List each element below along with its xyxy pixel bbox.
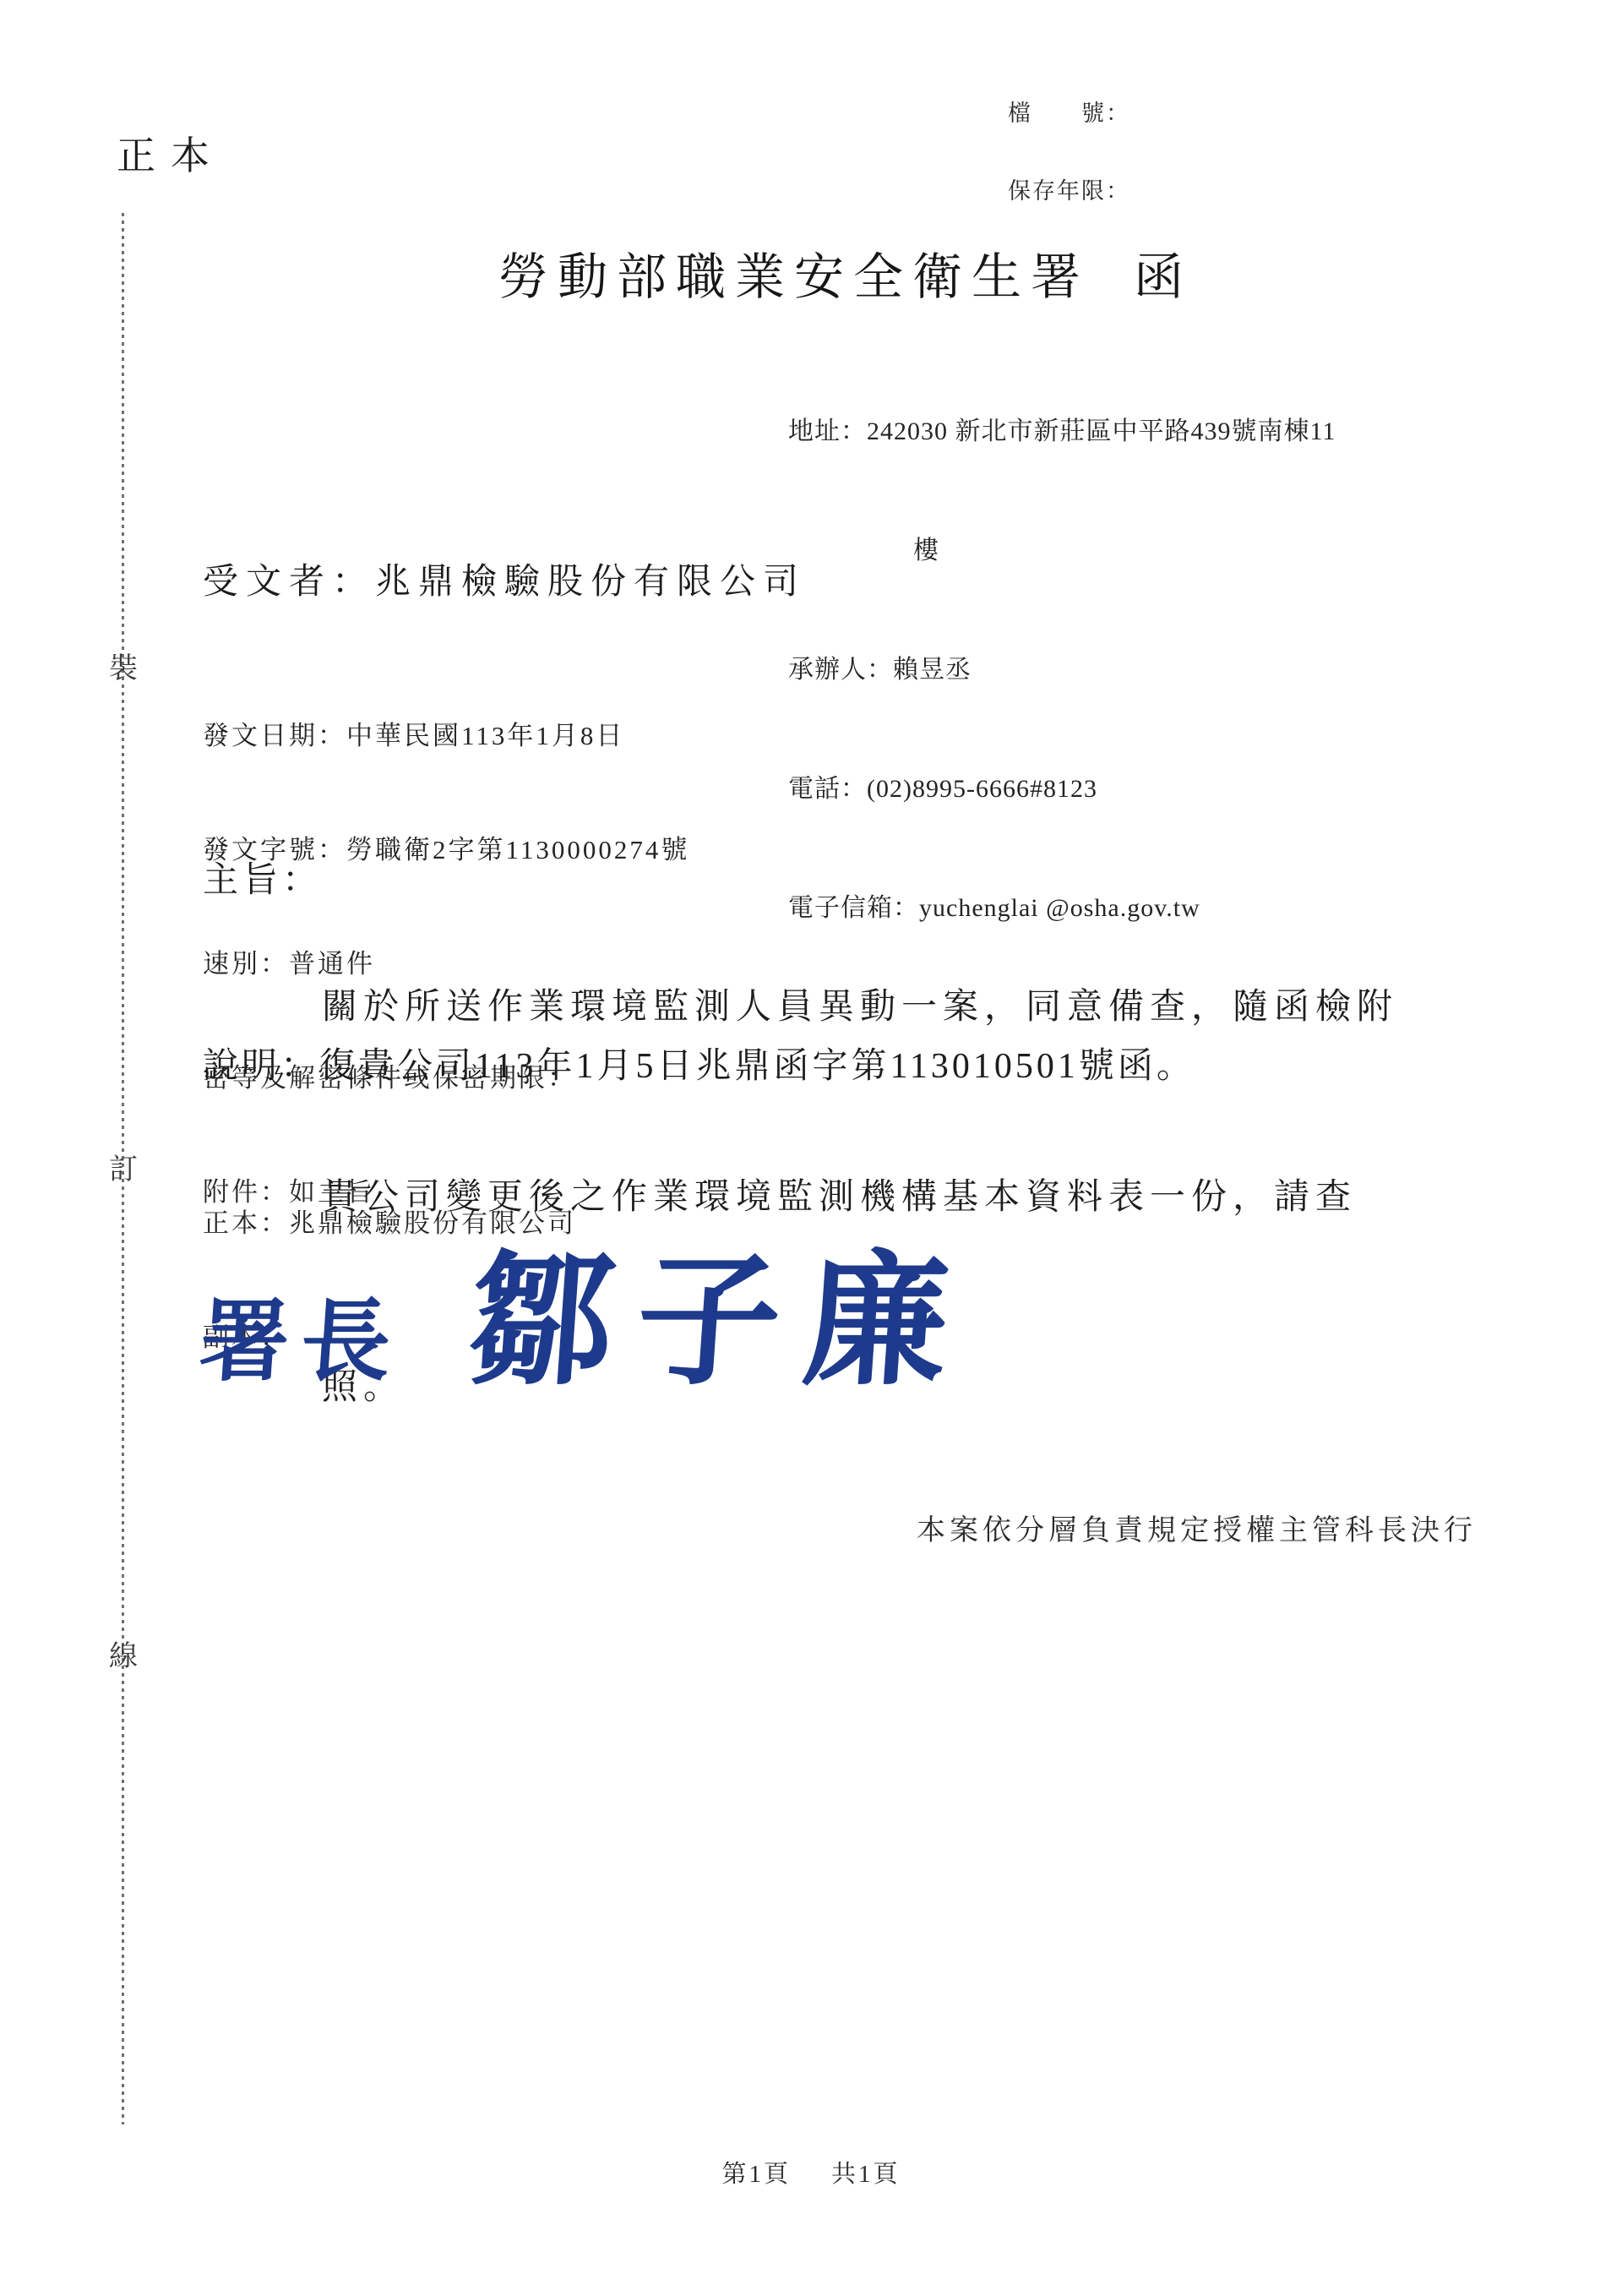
- binding-mark-zhuang: 裝: [105, 645, 142, 686]
- official-letter-page: 正本 檔 號： 保存年限： 勞動部職業安全衛生署 函 地址：242030 新北市…: [0, 0, 1622, 2296]
- signature: 署長 鄒子廉: [196, 1251, 977, 1394]
- binding-mark-xian: 線: [105, 1633, 142, 1674]
- page-footer: 第1頁 共1頁: [0, 2155, 1622, 2190]
- signer-title: 署長: [197, 1257, 409, 1388]
- sender-phone: 電話：(02)8995-6666#8123: [788, 769, 1336, 809]
- title-spacer: [1090, 237, 1134, 308]
- original-recipient-line: 正本：兆鼎檢驗股份有限公司: [203, 1204, 576, 1242]
- document-type-label: 函: [1134, 237, 1193, 308]
- explanation-line: 說明：復貴公司113年1月5日兆鼎函字第113010501號函。: [203, 1038, 1195, 1088]
- issue-date-line: 發文日期：中華民國113年1月8日: [203, 717, 689, 755]
- sender-address-line1: 地址：242030 新北市新莊區中平路439號南棟11: [788, 412, 1336, 451]
- document-title: 勞動部職業安全衛生署 函: [498, 237, 1193, 308]
- sender-contact-person: 承辦人：賴昱丞: [788, 650, 1336, 690]
- sender-address-line2: 樓: [788, 531, 1336, 570]
- signer-name: 鄒子廉: [465, 1251, 977, 1394]
- binding-mark-ding: 訂: [105, 1146, 142, 1187]
- subject-text-line1: 關於所送作業環境監測人員異動一案，同意備查，隨函檢附: [322, 976, 1398, 1039]
- issuing-agency-name: 勞動部職業安全衛生署: [498, 237, 1090, 308]
- page-number: 第1頁: [721, 2155, 791, 2190]
- subject-label: 主旨：: [203, 849, 322, 913]
- recipient-line: 受文者：兆鼎檢驗股份有限公司: [203, 554, 806, 604]
- retention-period-label: 保存年限：: [1008, 172, 1130, 205]
- copy-type-label: 正本: [117, 125, 225, 181]
- authorization-note: 本案依分層負責規定授權主管科長決行: [917, 1507, 1477, 1548]
- page-total: 共1頁: [831, 2155, 901, 2190]
- file-number-label: 檔 號：: [1008, 95, 1130, 128]
